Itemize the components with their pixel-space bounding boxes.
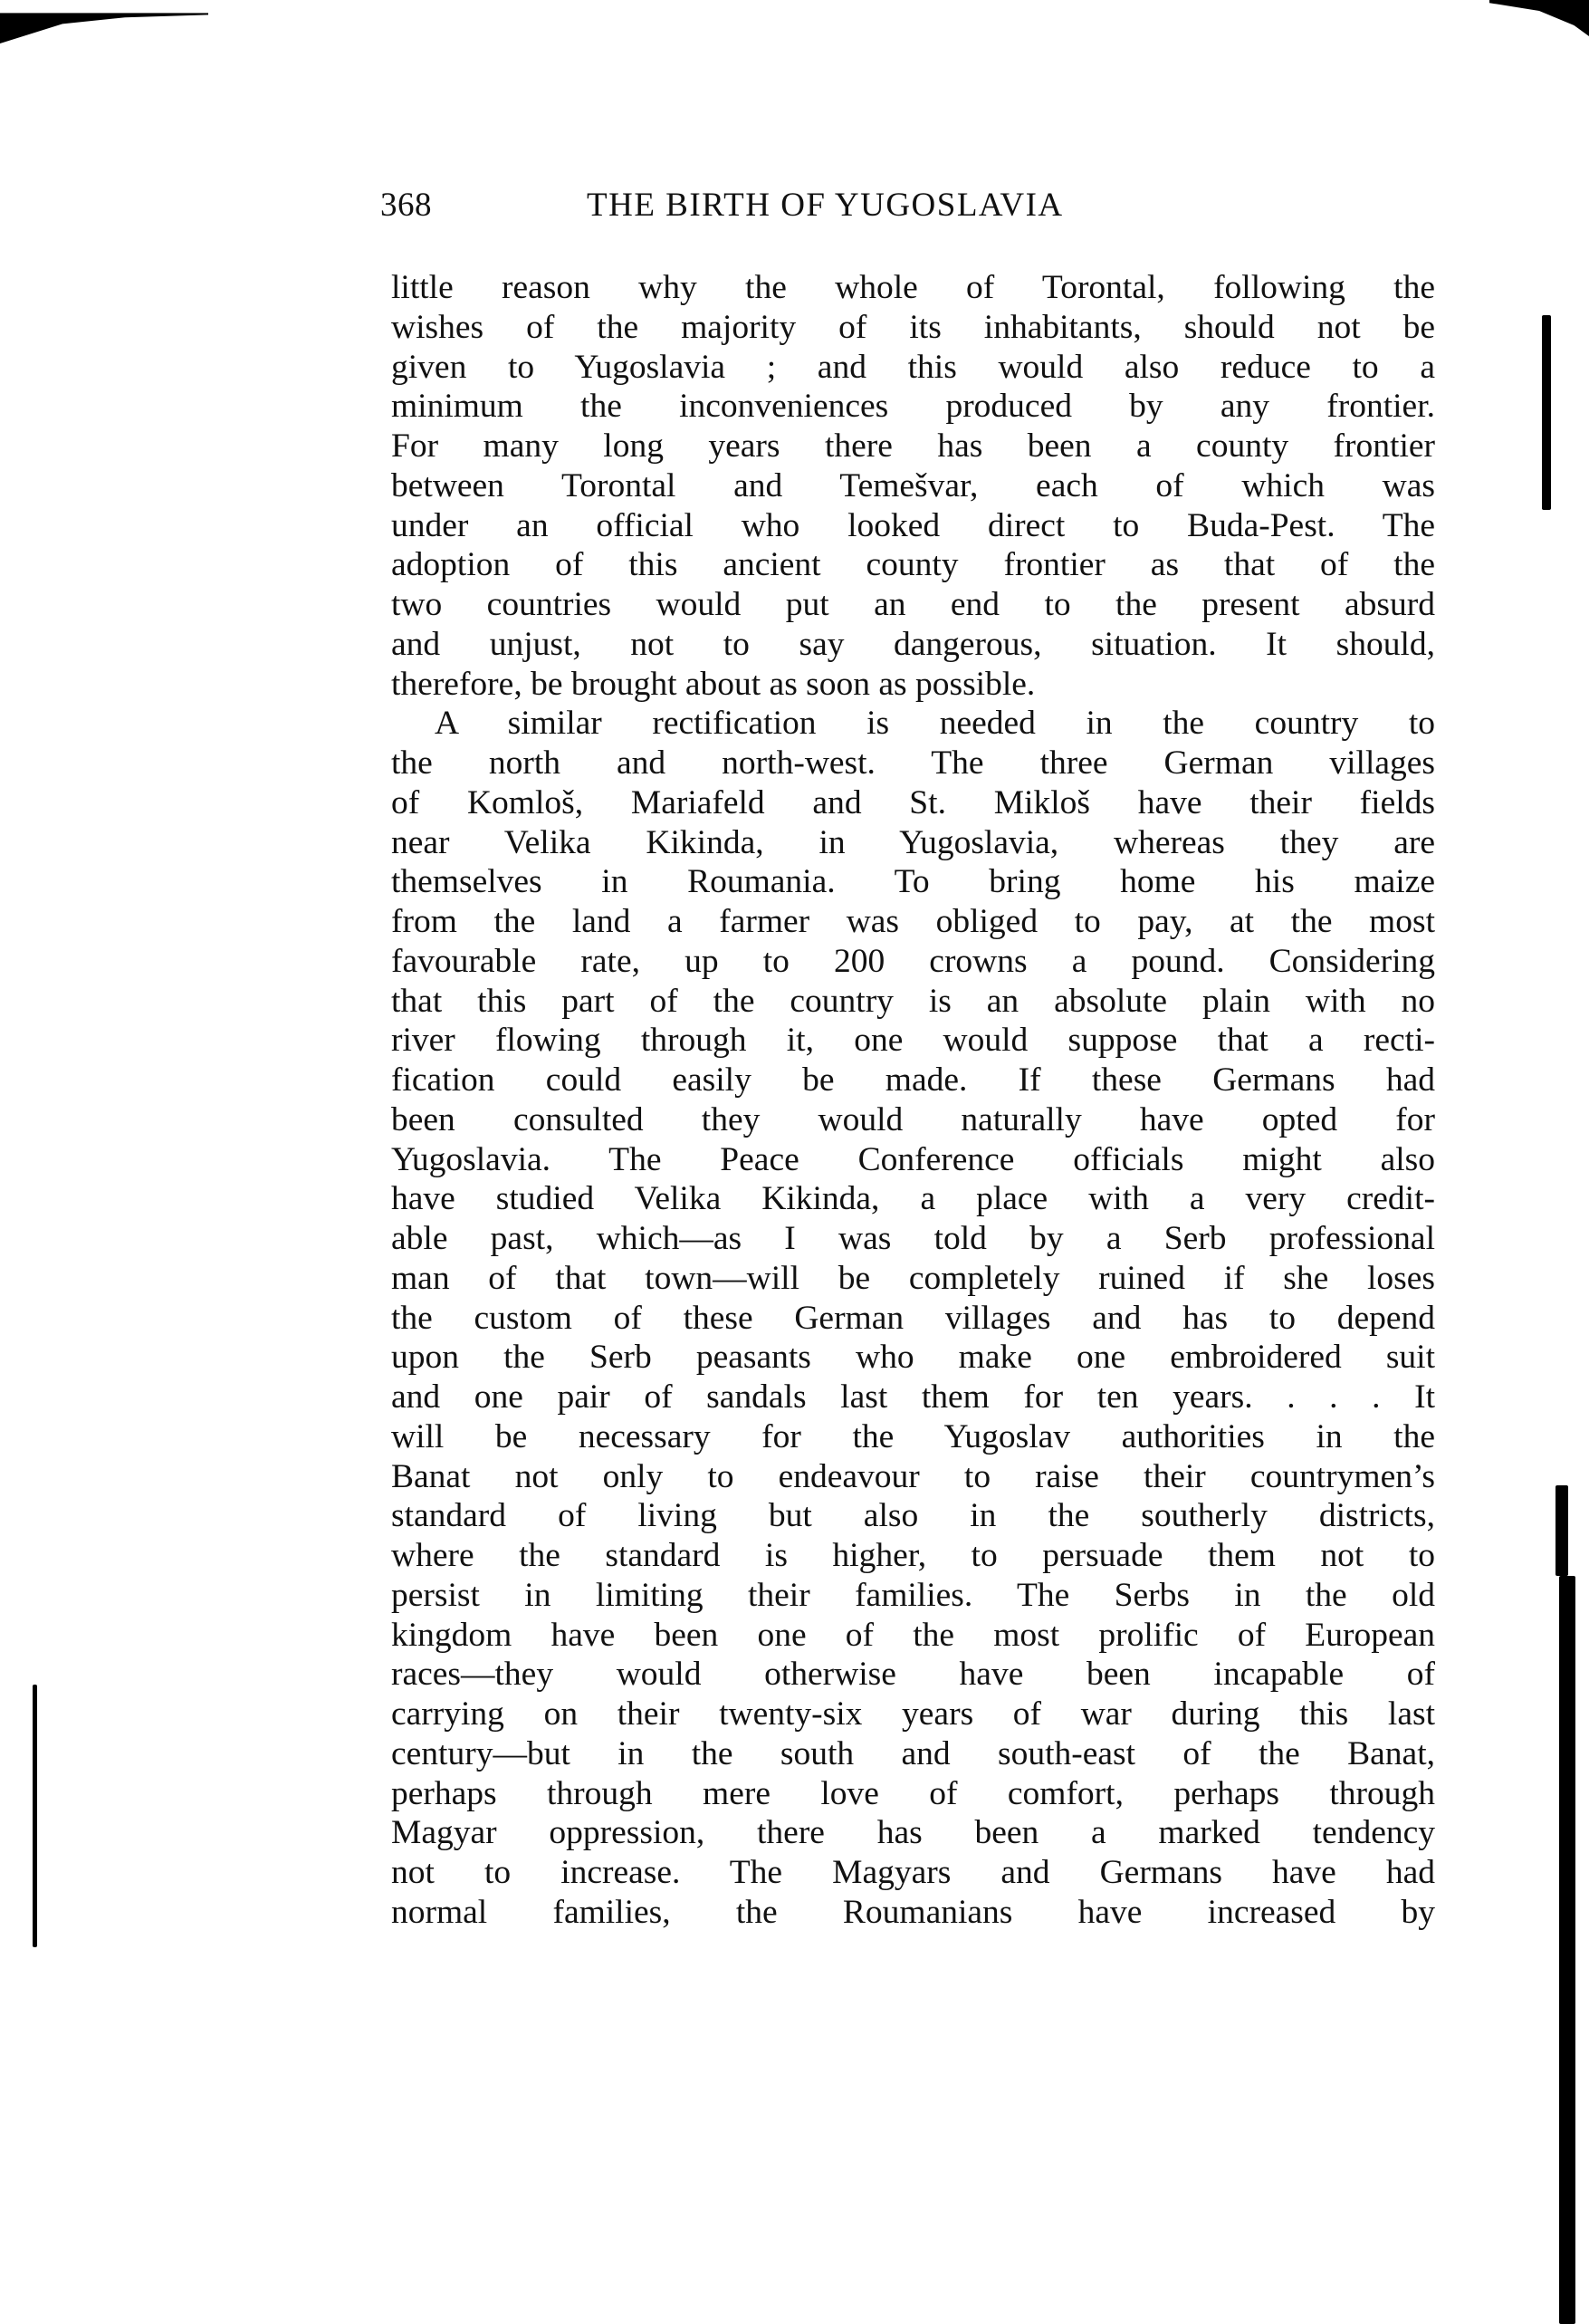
text-line: river flowing through it, one would supp… bbox=[391, 1021, 1435, 1061]
text-line: persist in limiting their families. The … bbox=[391, 1576, 1435, 1616]
scan-mark-right-upper bbox=[1542, 315, 1551, 510]
text-line: two countries would put an end to the pr… bbox=[391, 585, 1435, 625]
text-line: upon the Serb peasants who make one embr… bbox=[391, 1338, 1435, 1378]
text-line: of Komloš, Mariafeld and St. Mikloš have… bbox=[391, 783, 1435, 823]
text-line: and one pair of sandals last them for te… bbox=[391, 1378, 1435, 1417]
text-line: perhaps through mere love of comfort, pe… bbox=[391, 1774, 1435, 1814]
text-line: adoption of this ancient county frontier… bbox=[391, 545, 1435, 585]
text-line: not to increase. The Magyars and Germans… bbox=[391, 1853, 1435, 1893]
scan-edge-shadow-top-left bbox=[0, 0, 208, 43]
text-line: minimum the inconveniences produced by a… bbox=[391, 387, 1435, 427]
text-line: wishes of the majority of its inhabitant… bbox=[391, 308, 1435, 348]
text-line: For many long years there has been a cou… bbox=[391, 427, 1435, 466]
text-line: little reason why the whole of Torontal,… bbox=[391, 268, 1435, 308]
text-line: fication could easily be made. If these … bbox=[391, 1061, 1435, 1100]
text-line: will be necessary for the Yugoslav autho… bbox=[391, 1417, 1435, 1457]
text-line: have studied Velika Kikinda, a place wit… bbox=[391, 1179, 1435, 1219]
text-line: Magyar oppression, there has been a mark… bbox=[391, 1813, 1435, 1853]
text-line: from the land a farmer was obliged to pa… bbox=[391, 902, 1435, 942]
text-line: normal families, the Roumanians have inc… bbox=[391, 1893, 1435, 1933]
text-line: century—but in the south and south-east … bbox=[391, 1734, 1435, 1774]
text-line: A similar rectification is needed in the… bbox=[391, 704, 1435, 744]
scan-mark-right-lower bbox=[1555, 1485, 1568, 1576]
text-line: and unjust, not to say dangerous, situat… bbox=[391, 625, 1435, 665]
text-line: given to Yugoslavia ; and this would als… bbox=[391, 348, 1435, 388]
paragraph-1: little reason why the whole of Torontal,… bbox=[391, 268, 1435, 704]
scan-mark-right-bottom bbox=[1559, 1576, 1575, 2324]
scan-edge-shadow-top-right bbox=[1489, 0, 1589, 36]
text-line: Banat not only to endeavour to raise the… bbox=[391, 1457, 1435, 1497]
text-line: between Torontal and Temešvar, each of w… bbox=[391, 466, 1435, 506]
text-line: under an official who looked direct to B… bbox=[391, 506, 1435, 546]
text-line: the custom of these German villages and … bbox=[391, 1299, 1435, 1339]
body-text: little reason why the whole of Torontal,… bbox=[391, 268, 1435, 1933]
text-line: near Velika Kikinda, in Yugoslavia, wher… bbox=[391, 823, 1435, 863]
scan-mark-left-bottom bbox=[33, 1685, 37, 1947]
paragraph-2: A similar rectification is needed in the… bbox=[391, 704, 1435, 1932]
text-line: standard of living but also in the south… bbox=[391, 1496, 1435, 1536]
text-line: kingdom have been one of the most prolif… bbox=[391, 1616, 1435, 1656]
text-line: favourable rate, up to 200 crowns a poun… bbox=[391, 942, 1435, 982]
running-title: THE BIRTH OF YUGOSLAVIA bbox=[587, 186, 1064, 225]
text-line: races—they would otherwise have been inc… bbox=[391, 1655, 1435, 1695]
text-line: that this part of the country is an abso… bbox=[391, 982, 1435, 1022]
text-line: carrying on their twenty-six years of wa… bbox=[391, 1695, 1435, 1734]
page-number: 368 bbox=[380, 186, 432, 225]
text-line: able past, which—as I was told by a Serb… bbox=[391, 1219, 1435, 1259]
text-line: man of that town—will be completely ruin… bbox=[391, 1259, 1435, 1299]
running-head: 368 THE BIRTH OF YUGOSLAVIA bbox=[380, 186, 1286, 231]
text-line: therefore, be brought about as soon as p… bbox=[391, 665, 1435, 705]
text-line: been consulted they would naturally have… bbox=[391, 1100, 1435, 1140]
text-line: themselves in Roumania. To bring home hi… bbox=[391, 862, 1435, 902]
text-line: the north and north-west. The three Germ… bbox=[391, 744, 1435, 783]
text-line: Yugoslavia. The Peace Conference officia… bbox=[391, 1140, 1435, 1180]
text-line: where the standard is higher, to persuad… bbox=[391, 1536, 1435, 1576]
